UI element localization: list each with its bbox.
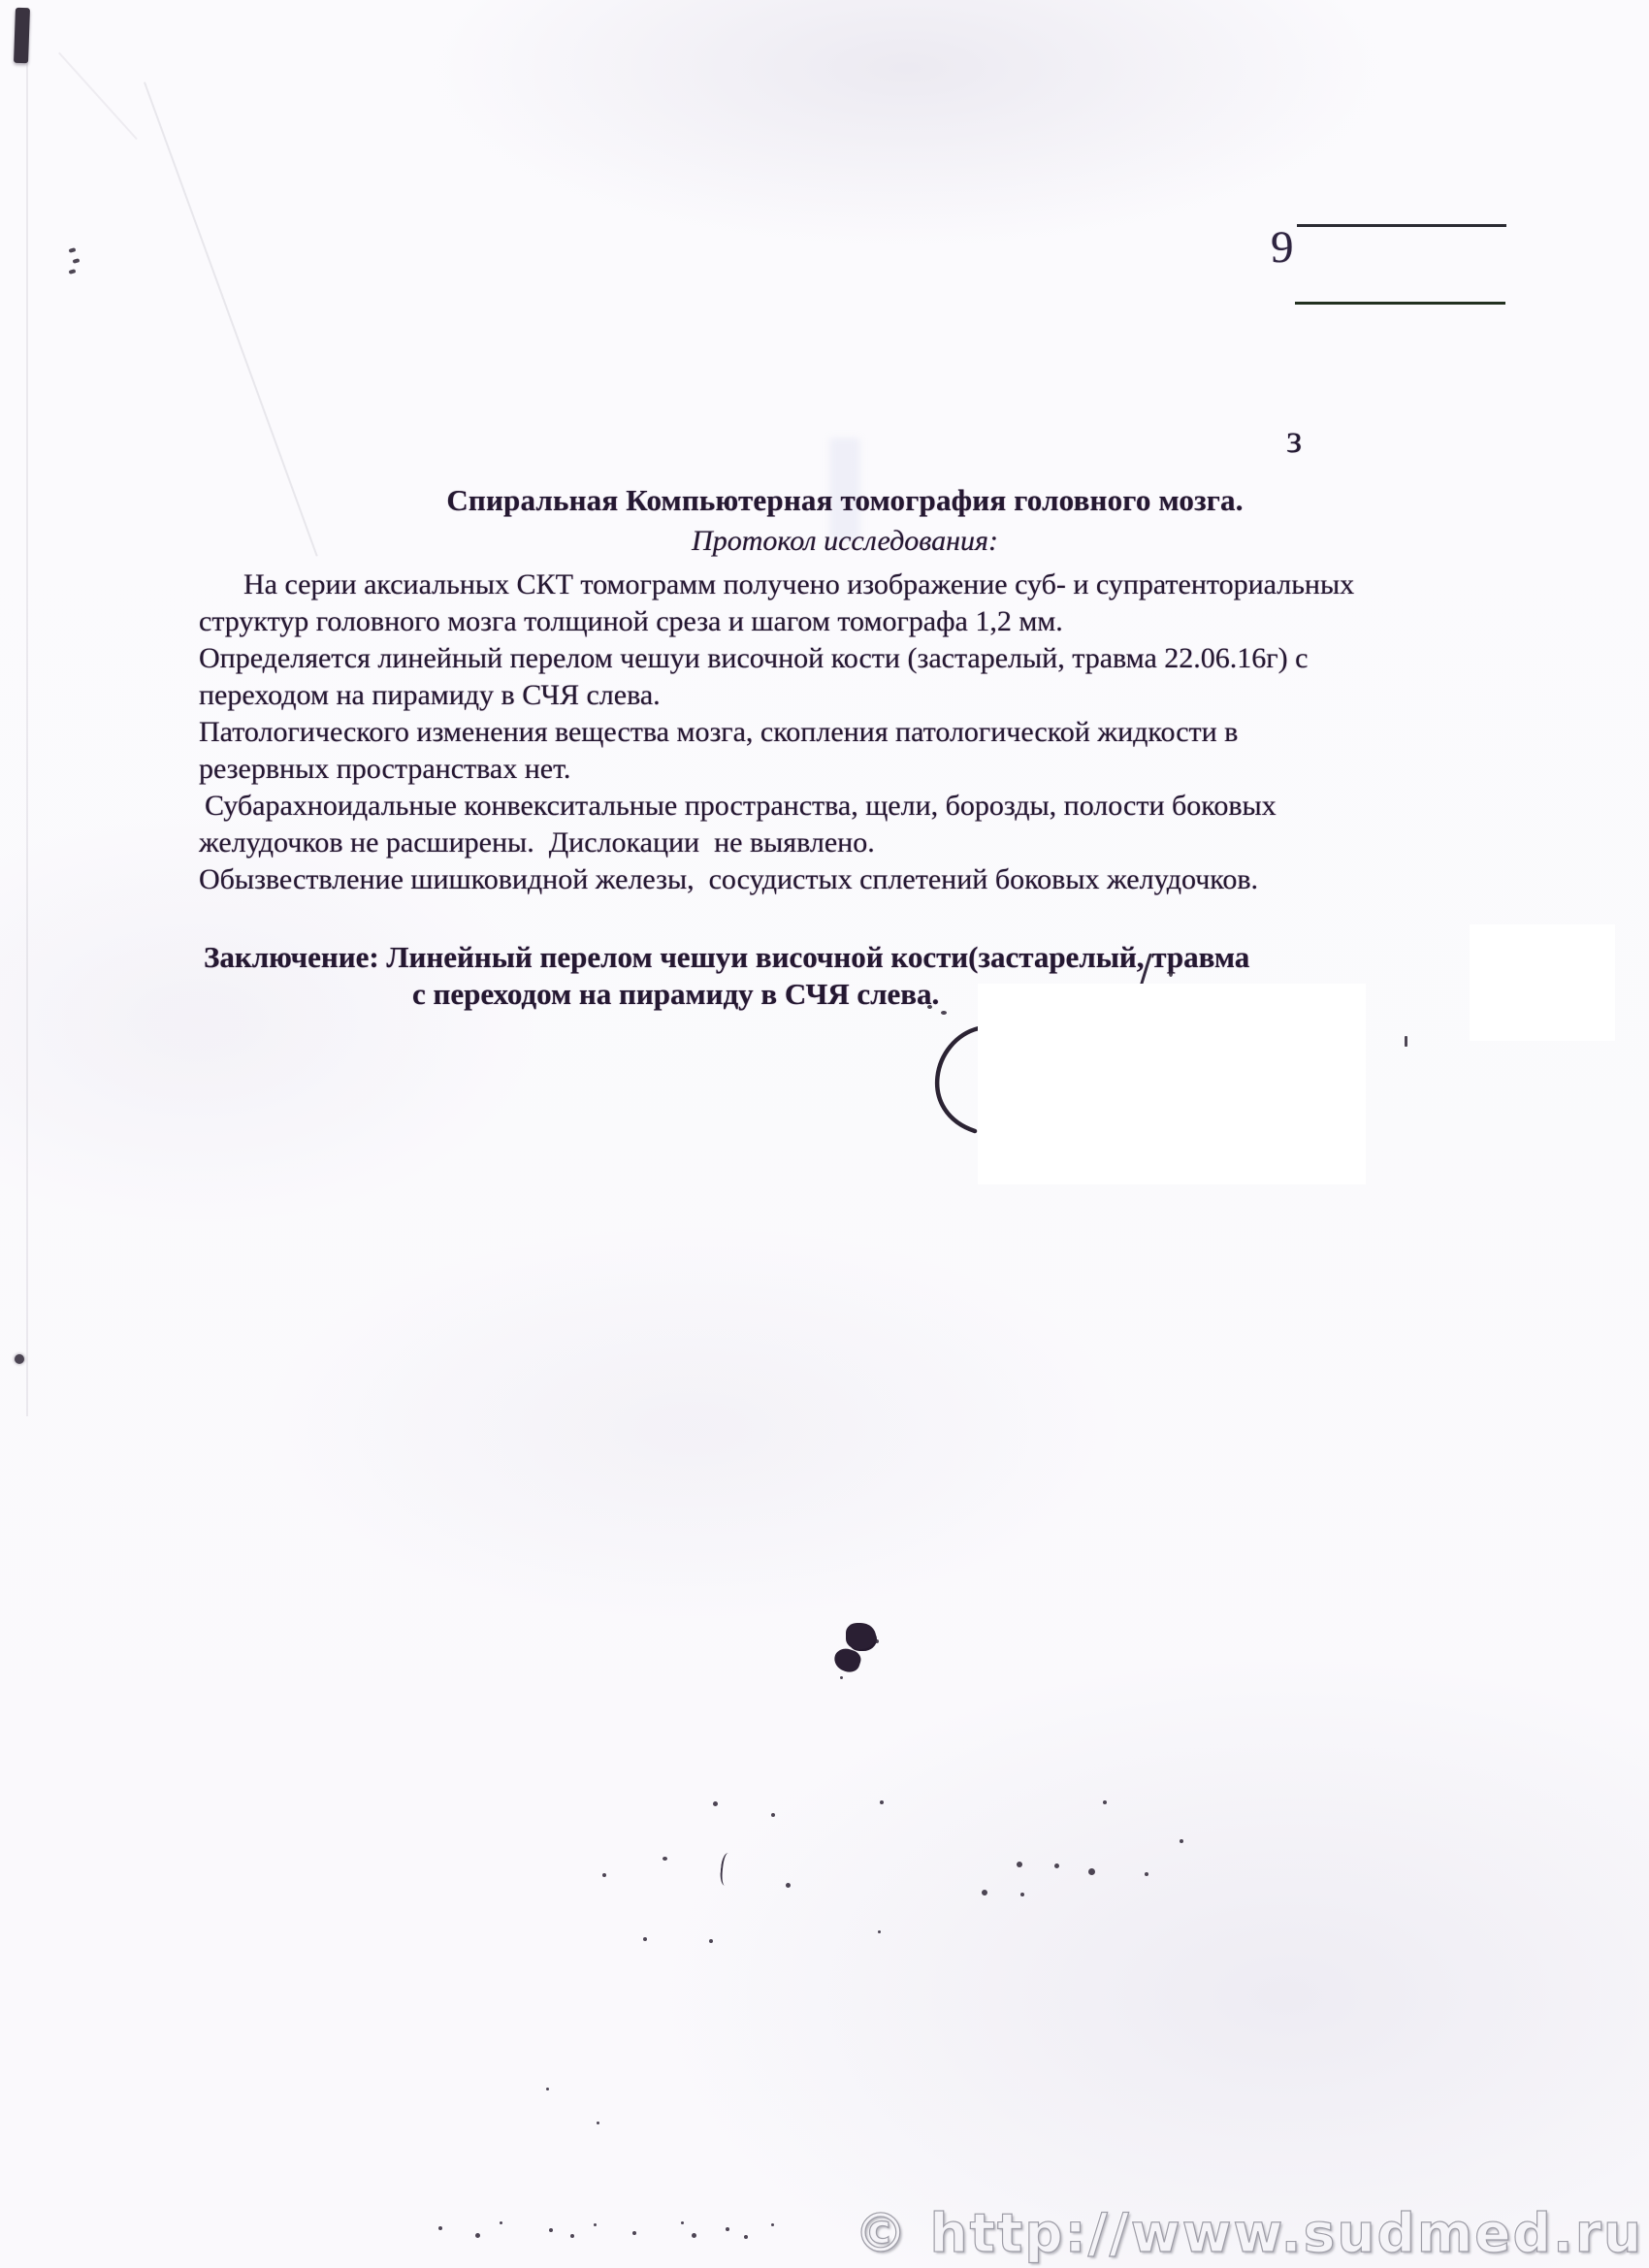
ink-speckle bbox=[570, 2234, 574, 2238]
ink-speckle bbox=[594, 2223, 597, 2226]
ink-speckle bbox=[1103, 1800, 1107, 1804]
body-line: структур головного мозга толщиной среза … bbox=[199, 603, 1491, 640]
ink-speckle bbox=[982, 1890, 987, 1895]
ink-speckle bbox=[632, 2231, 636, 2235]
ink-dot bbox=[15, 1354, 24, 1364]
ink-speckle bbox=[875, 1639, 879, 1643]
ink-speckle bbox=[475, 2233, 480, 2238]
ink-speckle bbox=[546, 2088, 549, 2090]
pen-curve-mark bbox=[719, 1852, 733, 1886]
body-line: желудочков не расширены. Дислокации не в… bbox=[199, 825, 1491, 861]
ink-speckle bbox=[744, 2235, 748, 2239]
margin-dash bbox=[69, 247, 77, 253]
ink-speckle bbox=[771, 1813, 775, 1817]
body-line: резервных пространствах нет. bbox=[199, 751, 1491, 788]
scan-edge-mark bbox=[14, 8, 30, 63]
ink-speckle bbox=[500, 2221, 502, 2224]
ink-blot bbox=[846, 1623, 876, 1649]
ink-speckle bbox=[840, 1676, 843, 1679]
ink-speckle bbox=[692, 2233, 696, 2238]
redaction-box bbox=[1470, 924, 1615, 1041]
watermark: © http://www.sudmed.ru bbox=[854, 2202, 1643, 2264]
pen-dot bbox=[1169, 971, 1173, 977]
conclusion-line-2: с переходом на пирамиду в СЧЯ слева. bbox=[412, 977, 939, 1012]
ink-speckle bbox=[771, 2223, 774, 2226]
ink-speckle bbox=[681, 2221, 684, 2224]
ink-speckle bbox=[709, 1939, 713, 1943]
ink-speckle bbox=[713, 1801, 718, 1806]
ink-speckle bbox=[602, 1873, 606, 1877]
scanned-document-page: 9 з Спиральная Компьютерная томография г… bbox=[0, 0, 1649, 2268]
ink-speckle bbox=[1020, 1893, 1024, 1896]
ink-speckle bbox=[438, 2226, 442, 2230]
body-line: Определяется линейный перелом чешуи висо… bbox=[199, 640, 1491, 677]
ink-speckle bbox=[786, 1883, 791, 1888]
body-line: На серии аксиальных СКТ томограмм получе… bbox=[199, 567, 1491, 603]
ink-speckle bbox=[643, 1937, 647, 1941]
ink-speckle bbox=[663, 1857, 667, 1861]
ink-speckle bbox=[878, 1930, 881, 1933]
margin-character: з bbox=[1286, 415, 1302, 462]
ink-speckle bbox=[1145, 1872, 1148, 1876]
report-title: Спиральная Компьютерная томография голов… bbox=[199, 483, 1491, 518]
ink-speckle bbox=[1054, 1863, 1059, 1868]
ruled-line-top bbox=[1297, 224, 1506, 227]
report-body: На серии аксиальных СКТ томограмм получе… bbox=[199, 567, 1491, 898]
body-line: Субарахноидальные конвекситальные простр… bbox=[199, 788, 1491, 825]
conclusion-line-1: Заключение: Линейный перелом чешуи височ… bbox=[204, 937, 1249, 977]
ink-speckle bbox=[726, 2227, 729, 2231]
report-text-block: Спиральная Компьютерная томография голов… bbox=[199, 483, 1491, 898]
paper-crease bbox=[58, 52, 138, 141]
body-line: переходом на пирамиду в СЧЯ слева. bbox=[199, 677, 1491, 714]
body-line: Патологического изменения вещества мозга… bbox=[199, 714, 1491, 751]
ruled-line-bottom bbox=[1295, 302, 1505, 305]
report-subtitle: Протокол исследования: bbox=[199, 525, 1491, 558]
margin-dash bbox=[73, 258, 81, 264]
ink-speckle bbox=[1405, 1036, 1407, 1047]
ink-speckle bbox=[549, 2228, 553, 2232]
stamp-arc bbox=[917, 1021, 986, 1141]
ink-speckle bbox=[941, 1011, 947, 1015]
scan-edge-line bbox=[26, 62, 28, 1416]
ink-speckle bbox=[927, 1005, 932, 1009]
ink-speckle bbox=[880, 1800, 884, 1804]
ink-speckle bbox=[1088, 1868, 1095, 1875]
body-line: Обызвествление шишковидной железы, сосуд… bbox=[199, 861, 1491, 898]
ink-speckle bbox=[597, 2122, 599, 2124]
ink-blot bbox=[831, 1645, 863, 1674]
ink-speckle bbox=[1017, 1862, 1022, 1867]
ink-speckle bbox=[1180, 1839, 1183, 1843]
margin-dash bbox=[69, 269, 77, 275]
corner-number: 9 bbox=[1271, 221, 1294, 274]
redaction-box bbox=[978, 984, 1366, 1184]
